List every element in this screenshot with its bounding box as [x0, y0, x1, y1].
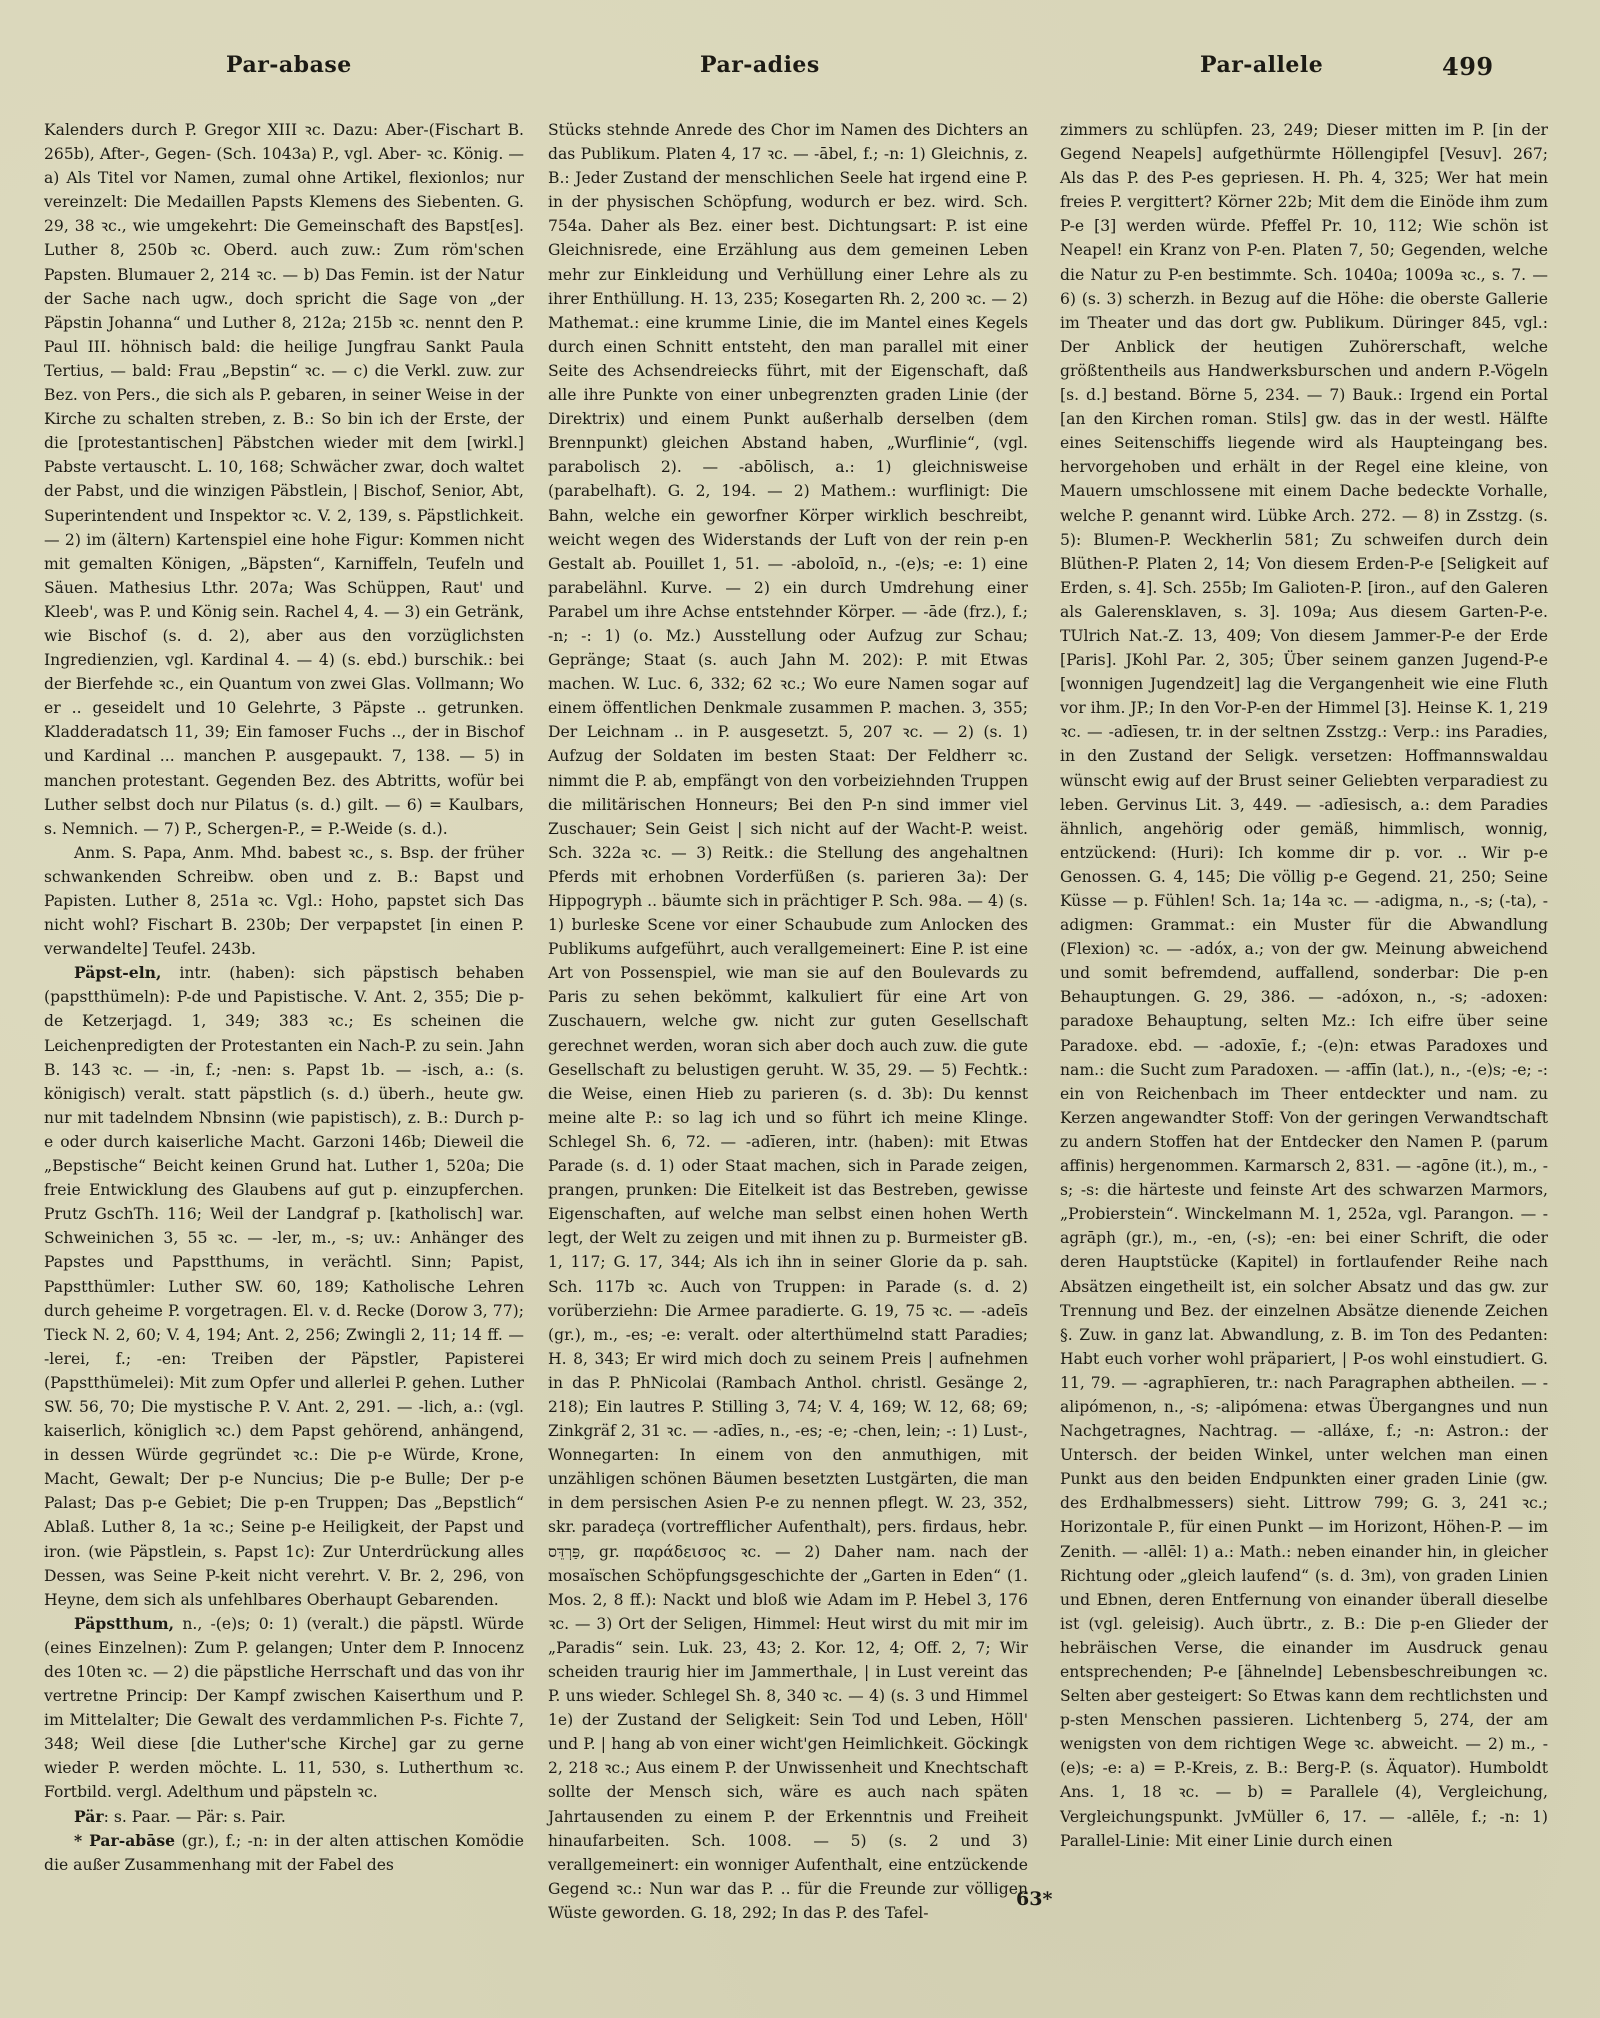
entry-paragraph: * Par-abāse (gr.), f.; -n: in der alten … [44, 1829, 524, 1877]
column-middle: Stücks stehnde Anrede des Chor im Namen … [548, 118, 1028, 1925]
page-number: 499 [1442, 52, 1494, 81]
entry-paragraph: zimmers zu schlüpfen. 23, 249; Dieser mi… [1060, 118, 1548, 1853]
entry-paragraph: Stücks stehnde Anrede des Chor im Namen … [548, 118, 1028, 1925]
headword: * Par-abāse [74, 1831, 175, 1850]
column-left: Kalenders durch P. Gregor XIII ꝛc. Dazu:… [44, 118, 524, 1877]
entry-paragraph: Päpstthum, n., -(e)s; 0: 1) (veralt.) di… [44, 1612, 524, 1805]
annotation-paragraph: Anm. S. Papa, Anm. Mhd. babest ꝛc., s. B… [44, 841, 524, 961]
signature-mark: 63* [1016, 1888, 1052, 1910]
entry-body: intr. (haben): sich päpstisch behaben (p… [44, 964, 524, 1608]
left-guide-word: Par-abase [226, 52, 352, 78]
center-guide-word: Par-adies [700, 52, 820, 78]
entry-body: : s. Paar. — Pär: s. Pair. [104, 1808, 286, 1826]
entry-paragraph: Päpst-eln, intr. (haben): sich päpstisch… [44, 961, 524, 1612]
entry-body: n., -(e)s; 0: 1) (veralt.) die päpstl. W… [44, 1615, 524, 1802]
column-right: zimmers zu schlüpfen. 23, 249; Dieser mi… [1060, 118, 1548, 1853]
entry-paragraph: Kalenders durch P. Gregor XIII ꝛc. Dazu:… [44, 118, 524, 841]
running-header: Par-abase Par-adies Par-allele 499 [0, 52, 1600, 92]
headword: Päpstthum, [74, 1614, 174, 1633]
entry-paragraph: Pär: s. Paar. — Pär: s. Pair. [44, 1805, 524, 1829]
right-guide-word: Par-allele [1200, 52, 1323, 78]
headword: Pär [74, 1807, 104, 1826]
headword: Päpst-eln, [74, 963, 161, 982]
